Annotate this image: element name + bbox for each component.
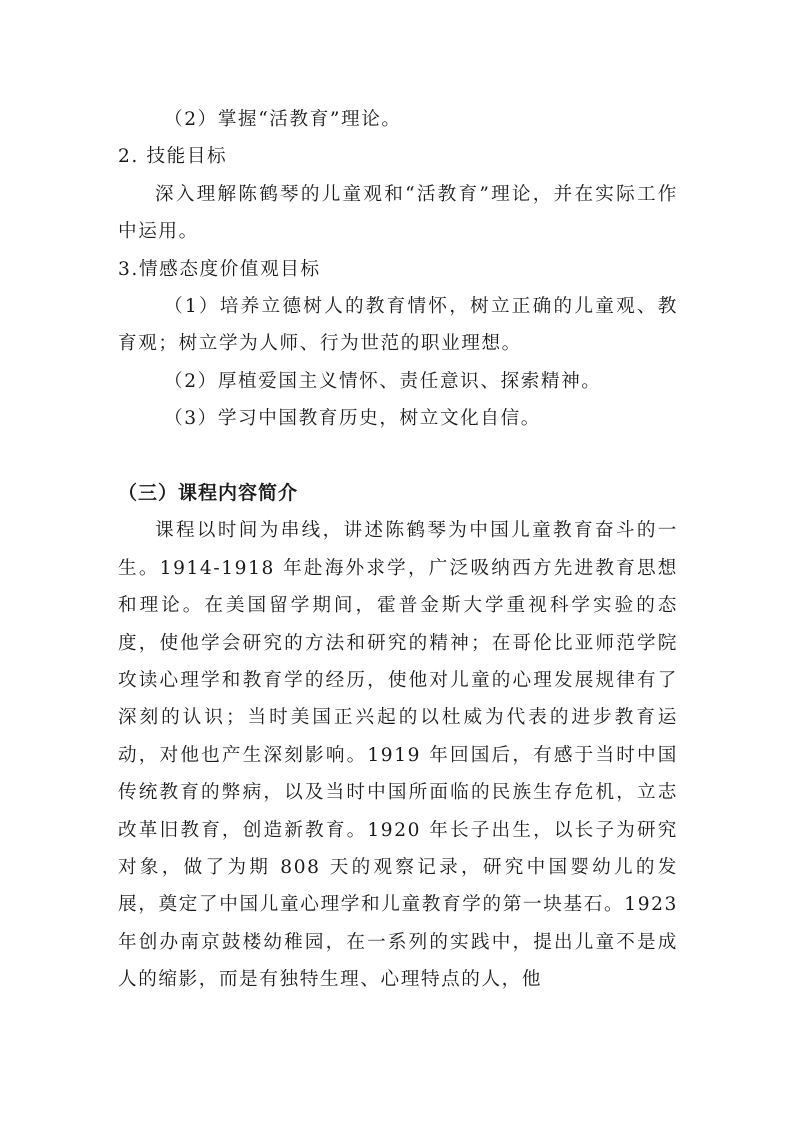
emotion-goal-item-3: （3）学习中国教育历史，树立文化自信。: [118, 400, 678, 437]
document-page: （2）掌握“活教育”理论。 2. 技能目标 深入理解陈鹤琴的儿童观和“活教育”理…: [118, 101, 678, 999]
skill-goal-heading: 2. 技能目标: [118, 138, 678, 175]
course-intro-text: 课程以时间为串线，讲述陈鹤琴为中国儿童教育奋斗的一生。1914-1918 年赴海…: [118, 512, 678, 998]
course-intro-heading: （三）课程内容简介: [118, 475, 678, 512]
skill-goal-text: 深入理解陈鹤琴的儿童观和“活教育”理论，并在实际工作中运用。: [118, 176, 678, 251]
knowledge-goal-item-2: （2）掌握“活教育”理论。: [118, 101, 678, 138]
emotion-goal-item-2: （2）厚植爱国主义情怀、责任意识、探索精神。: [118, 363, 678, 400]
emotion-goal-heading: 3.情感态度价值观目标: [118, 251, 678, 288]
emotion-goal-item-1: （1）培养立德树人的教育情怀，树立正确的儿童观、教育观；树立学为人师、行为世范的…: [118, 288, 678, 363]
